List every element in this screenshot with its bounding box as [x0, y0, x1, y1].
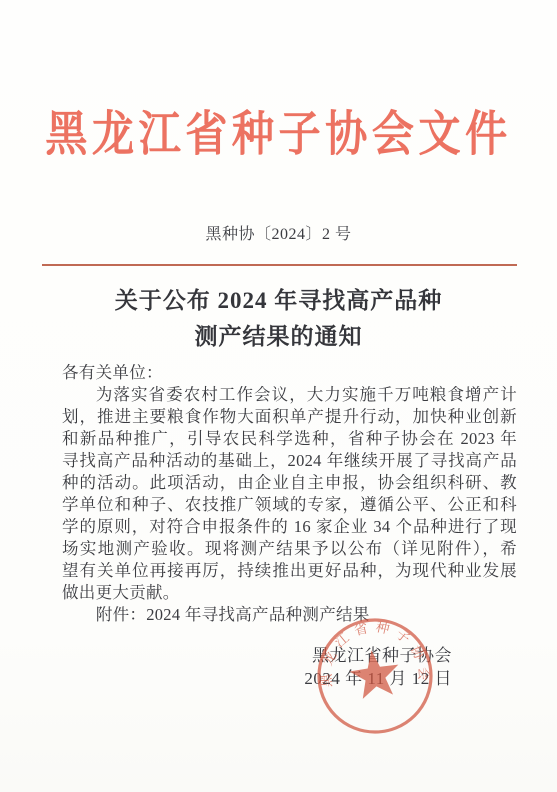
body-line: 划，推进主要粮食作物大面积单产提升行动，加快种业创新 — [62, 406, 517, 428]
document-title-line-2: 测产结果的通知 — [0, 319, 557, 355]
document-title-line-1: 关于公布 2024 年寻找高产品种 — [0, 283, 557, 319]
body-line: 和新品种推广，引导农民科学选种，省种子协会在 2023 年 — [62, 428, 517, 450]
document-page: 黑龙江省种子协会文件 黑种协〔2024〕2 号 关于公布 2024 年寻找高产品… — [0, 0, 557, 792]
body-line: 各有关单位： — [62, 362, 517, 384]
body-line: 种的活动。此项活动，由企业自主申报，协会组织科研、教 — [62, 472, 517, 494]
signature-org: 黑龙江省种子协会 — [304, 644, 452, 667]
document-number: 黑种协〔2024〕2 号 — [0, 221, 557, 244]
body-line: 场实地测产验收。现将测产结果予以公布（详见附件），希 — [62, 538, 517, 560]
signature-block: 黑龙江省种子协会 2024 年 11 月 12 日 — [304, 644, 452, 690]
agency-header-title: 黑龙江省种子协会文件 — [33, 96, 523, 162]
document-title: 关于公布 2024 年寻找高产品种 测产结果的通知 — [0, 283, 557, 355]
body-line: 做出更大贡献。 — [62, 582, 517, 604]
body-text: 各有关单位：为落实省委农村工作会议，大力实施千万吨粮食增产计划，推进主要粮食作物… — [62, 362, 517, 626]
body-line: 寻找高产品种活动的基础上，2024 年继续开展了寻找高产品 — [62, 450, 517, 472]
red-divider-line — [42, 264, 517, 266]
body-line: 望有关单位再接再厉，持续推出更好品种，为现代种业发展 — [62, 560, 517, 582]
body-line: 学的原则，对符合申报条件的 16 家企业 34 个品种进行了现 — [62, 516, 517, 538]
body-line: 附件：2024 年寻找高产品种测产结果 — [62, 604, 517, 626]
body-line: 学单位和种子、农技推广领域的专家，遵循公平、公正和科 — [62, 494, 517, 516]
body-line: 为落实省委农村工作会议，大力实施千万吨粮食增产计 — [62, 384, 517, 406]
signature-date: 2024 年 11 月 12 日 — [304, 667, 452, 690]
